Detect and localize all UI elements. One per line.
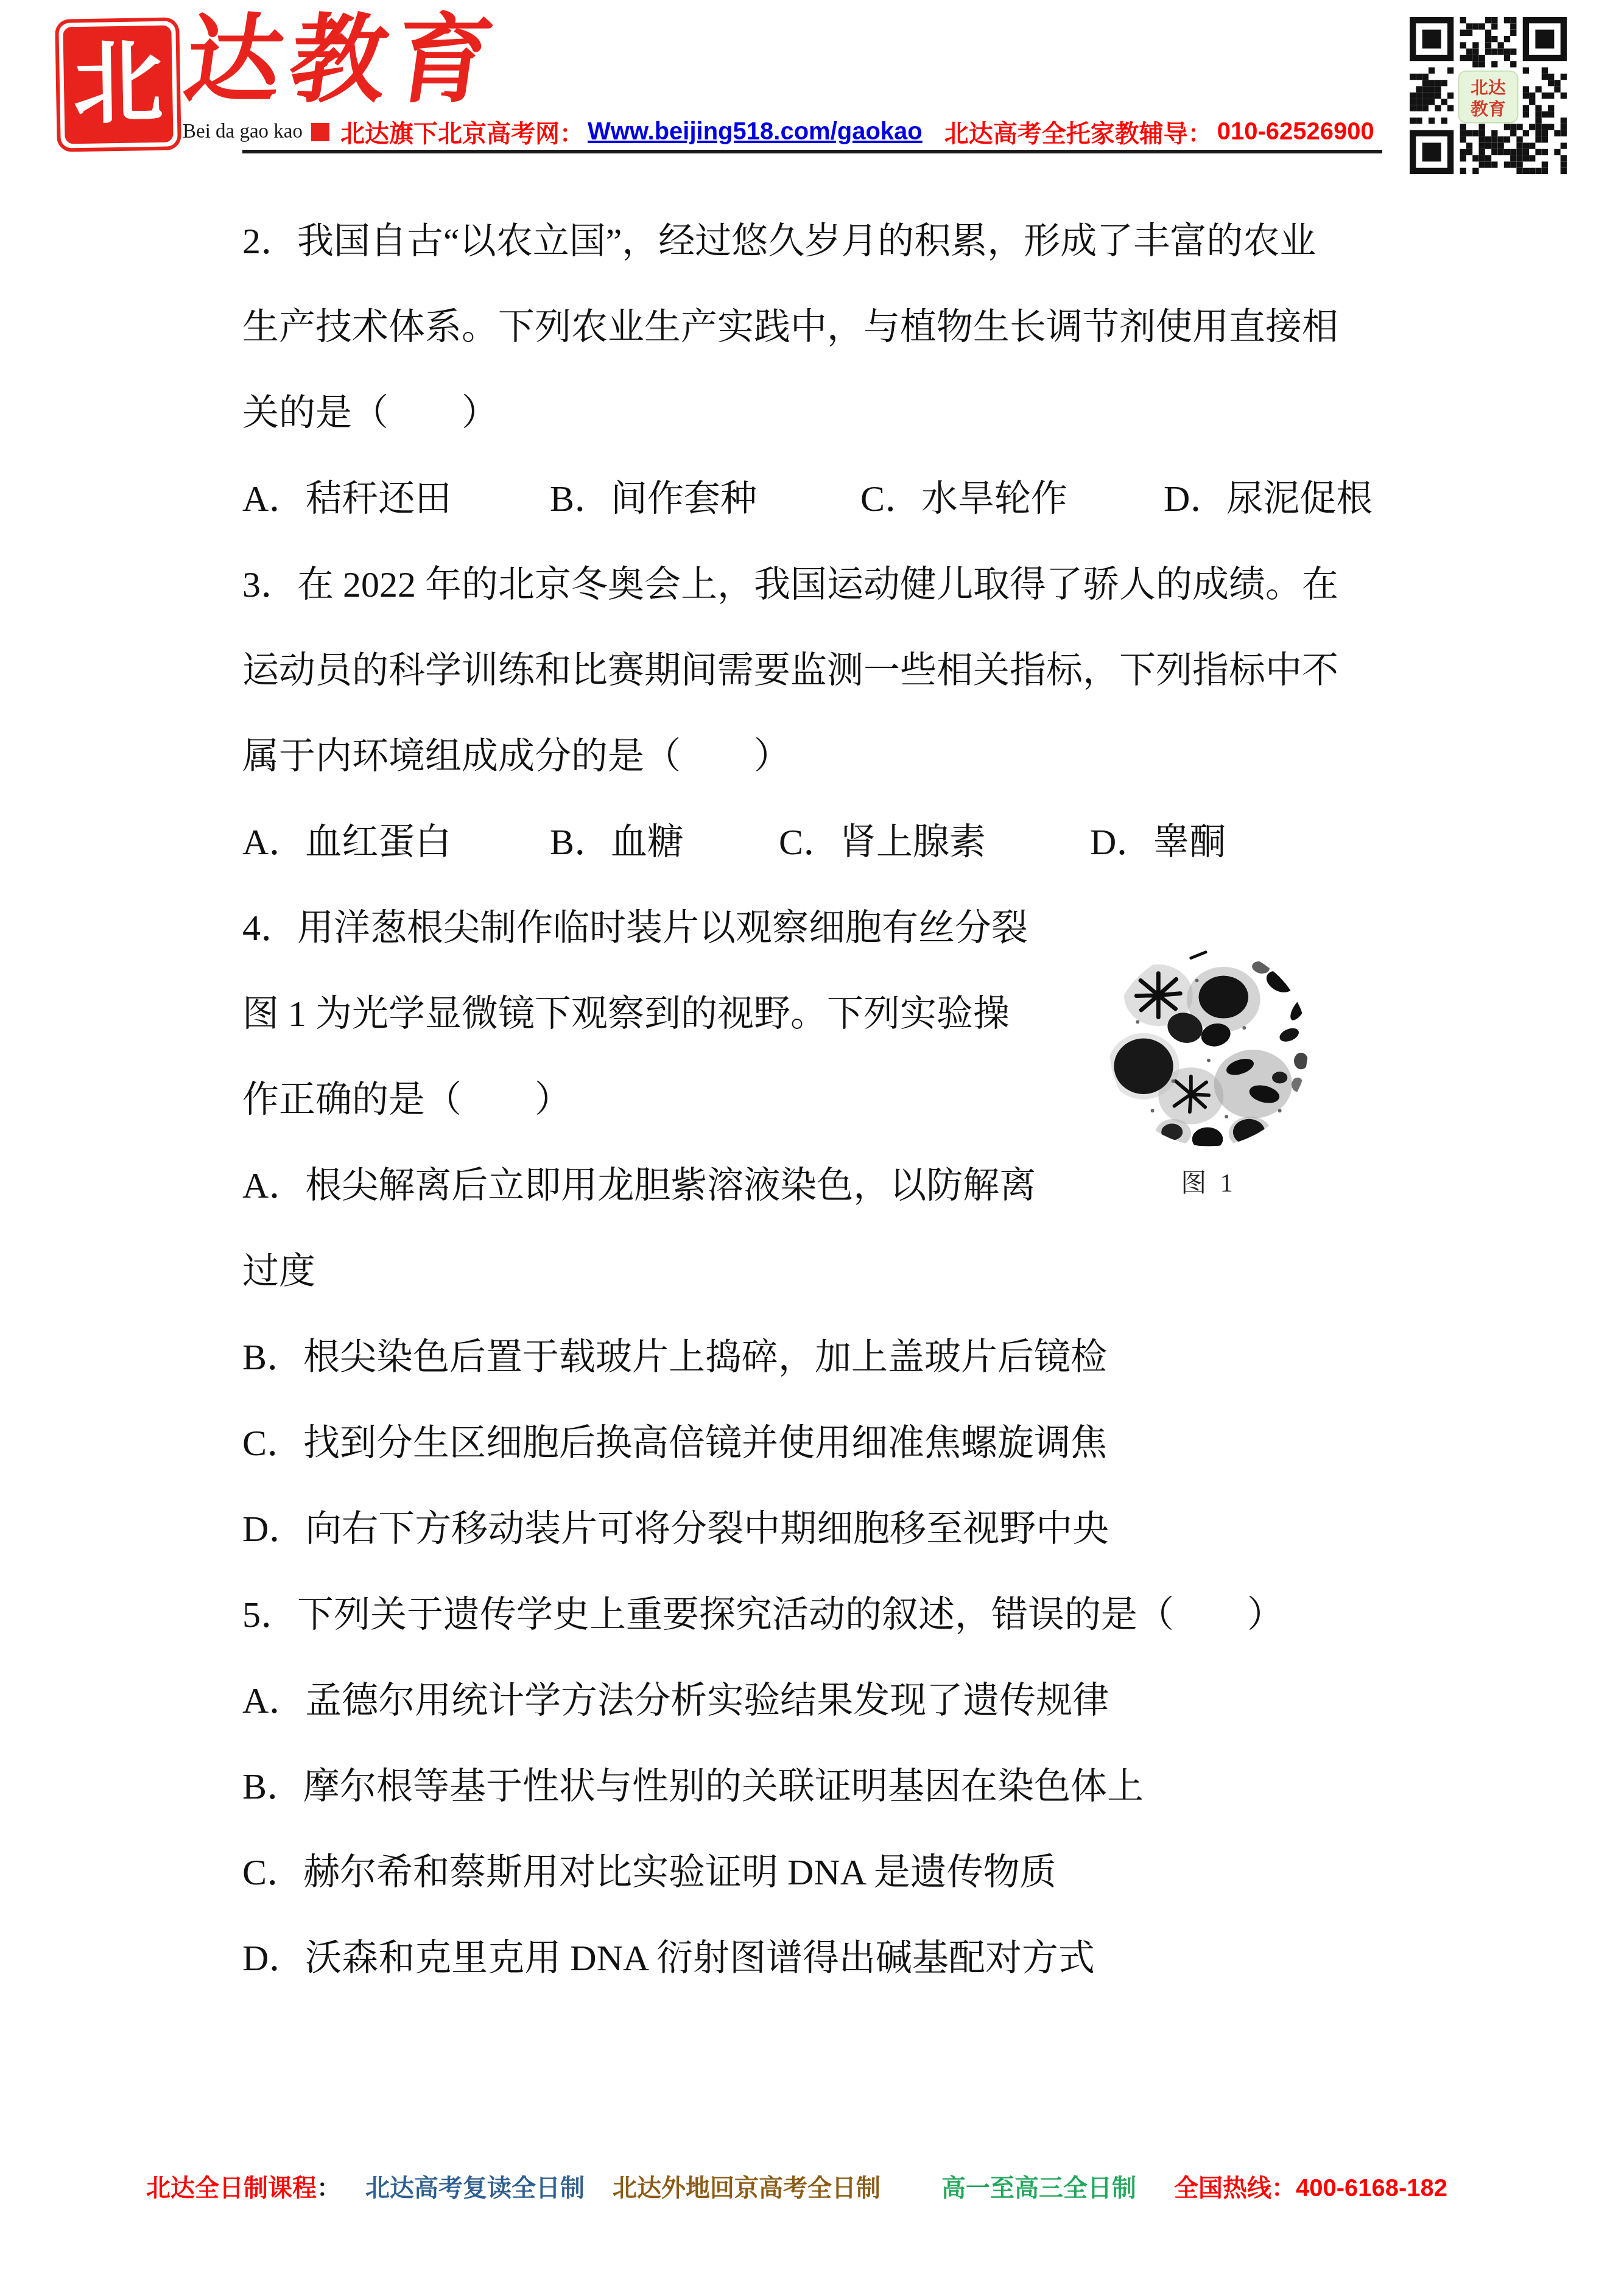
q4-option-d: D．向右下方移动装片可将分裂中期细胞移至视野中央 — [242, 1483, 1399, 1568]
footer-hotline-number: 400-6168-182 — [1296, 2175, 1447, 2202]
tutor-phone: 010-62526900 — [1217, 118, 1374, 146]
tutor-label: 北达高考全托家教辅导： — [944, 114, 1212, 149]
q2-option-d: D．尿泥促根 — [1164, 469, 1373, 522]
q2-option-b: B．间作套种 — [550, 469, 860, 522]
qr-code: 北达 教育 — [1410, 17, 1567, 174]
figure-1-caption: 图 1 — [1093, 1163, 1324, 1199]
q3-option-c: C．肾上腺素 — [779, 813, 1090, 865]
qr-label-line1: 北达 — [1471, 79, 1506, 98]
q4-option-c: C．找到分生区细胞后换高倍镜并使用细准焦螺旋调焦 — [242, 1397, 1399, 1483]
site-url-link[interactable]: Www.beijing518.com/gaokao — [588, 118, 923, 146]
q4-option-a-line-2: 过度 — [242, 1225, 1399, 1311]
q2-stem-line-1: 2．我国自古“以农立国”，经过悠久岁月的积累，形成了丰富的农业 — [242, 195, 1399, 281]
q2-option-c: C．水旱轮作 — [860, 469, 1164, 522]
q3-stem-line-1: 3．在 2022 年的北京冬奥会上，我国运动健儿取得了骄人的成绩。在 — [242, 538, 1399, 624]
q2-option-a: A．秸秆还田 — [242, 469, 550, 522]
logo-seal: 北 — [55, 17, 181, 152]
q5-stem-line-1: 5．下列关于遗传学史上重要探究活动的叙述，错误的是（ ） — [242, 1568, 1399, 1654]
figure-1: 图 1 — [1093, 945, 1324, 1199]
q5-option-d: D．沃森和克里克用 DNA 衍射图谱得出碱基配对方式 — [242, 1912, 1399, 1998]
footer-course-colon: ： — [317, 2175, 341, 2202]
footer-course-label: 北达全日制课程 — [146, 2175, 317, 2202]
q3-option-a: A．血红蛋白 — [242, 813, 550, 865]
q5-option-c: C．赫尔希和蔡斯用对比实验证明 DNA 是遗传物质 — [242, 1826, 1399, 1912]
page-footer: 北达全日制课程： 北达高考复读全日制 北达外地回京高考全日制 高一至高三全日制 … — [146, 2169, 1447, 2203]
header-tagline: Bei da gao kao 北达旗下北京高考网： Www.beijing518… — [183, 114, 1374, 149]
header-divider — [242, 150, 1382, 153]
q3-option-b: B．血糖 — [550, 813, 779, 865]
footer-course-grades: 高一至高三全日制 — [941, 2169, 1136, 2203]
q2-stem-line-3: 关的是（ ） — [242, 367, 1399, 452]
q2-stem-line-2: 生产技术体系。下列农业生产实践中，与植物生长调节剂使用直接相 — [242, 281, 1399, 367]
logo-seal-inner: 北 — [63, 25, 173, 144]
q5-option-a: A．孟德尔用统计学方法分析实验结果发现了遗传规律 — [242, 1654, 1399, 1740]
q3-option-d: D．睾酮 — [1090, 813, 1226, 865]
footer-course-fulltime-repeat: 北达高考复读全日制 — [365, 2169, 585, 2203]
logo-seal-character: 北 — [72, 39, 164, 131]
footer-hotline-label: 全国热线： — [1174, 2175, 1296, 2202]
q3-stem-line-2: 运动员的科学训练和比赛期间需要监测一些相关指标，下列指标中不 — [242, 624, 1399, 710]
q4-option-b: B．根尖染色后置于载玻片上捣碎，加上盖玻片后镜检 — [242, 1311, 1399, 1397]
brand-calligraphy: 达教育 — [178, 11, 507, 112]
q3-options-row: A．血红蛋白 B．血糖 C．肾上腺素 D．睾酮 — [242, 796, 1399, 882]
q3-stem-line-3: 属于内环境组成成分的是（ ） — [242, 710, 1399, 796]
qr-label-line2: 教育 — [1471, 99, 1506, 119]
red-square-bullet-icon — [311, 123, 329, 141]
q5-option-b: B．摩尔根等基于性状与性别的关联证明基因在染色体上 — [242, 1740, 1399, 1826]
q2-options-row: A．秸秆还田 B．间作套种 C．水旱轮作 D．尿泥促根 — [242, 452, 1399, 538]
exam-page: 北 达教育 Bei da gao kao 北达旗下北京高考网： Www.beij… — [0, 0, 1624, 2296]
site-label: 北达旗下北京高考网： — [340, 114, 584, 149]
footer-course-returning: 北达外地回京高考全日制 — [613, 2169, 881, 2203]
brand-latin-text: Bei da gao kao — [183, 121, 303, 143]
microscope-field-image — [1093, 945, 1324, 1158]
